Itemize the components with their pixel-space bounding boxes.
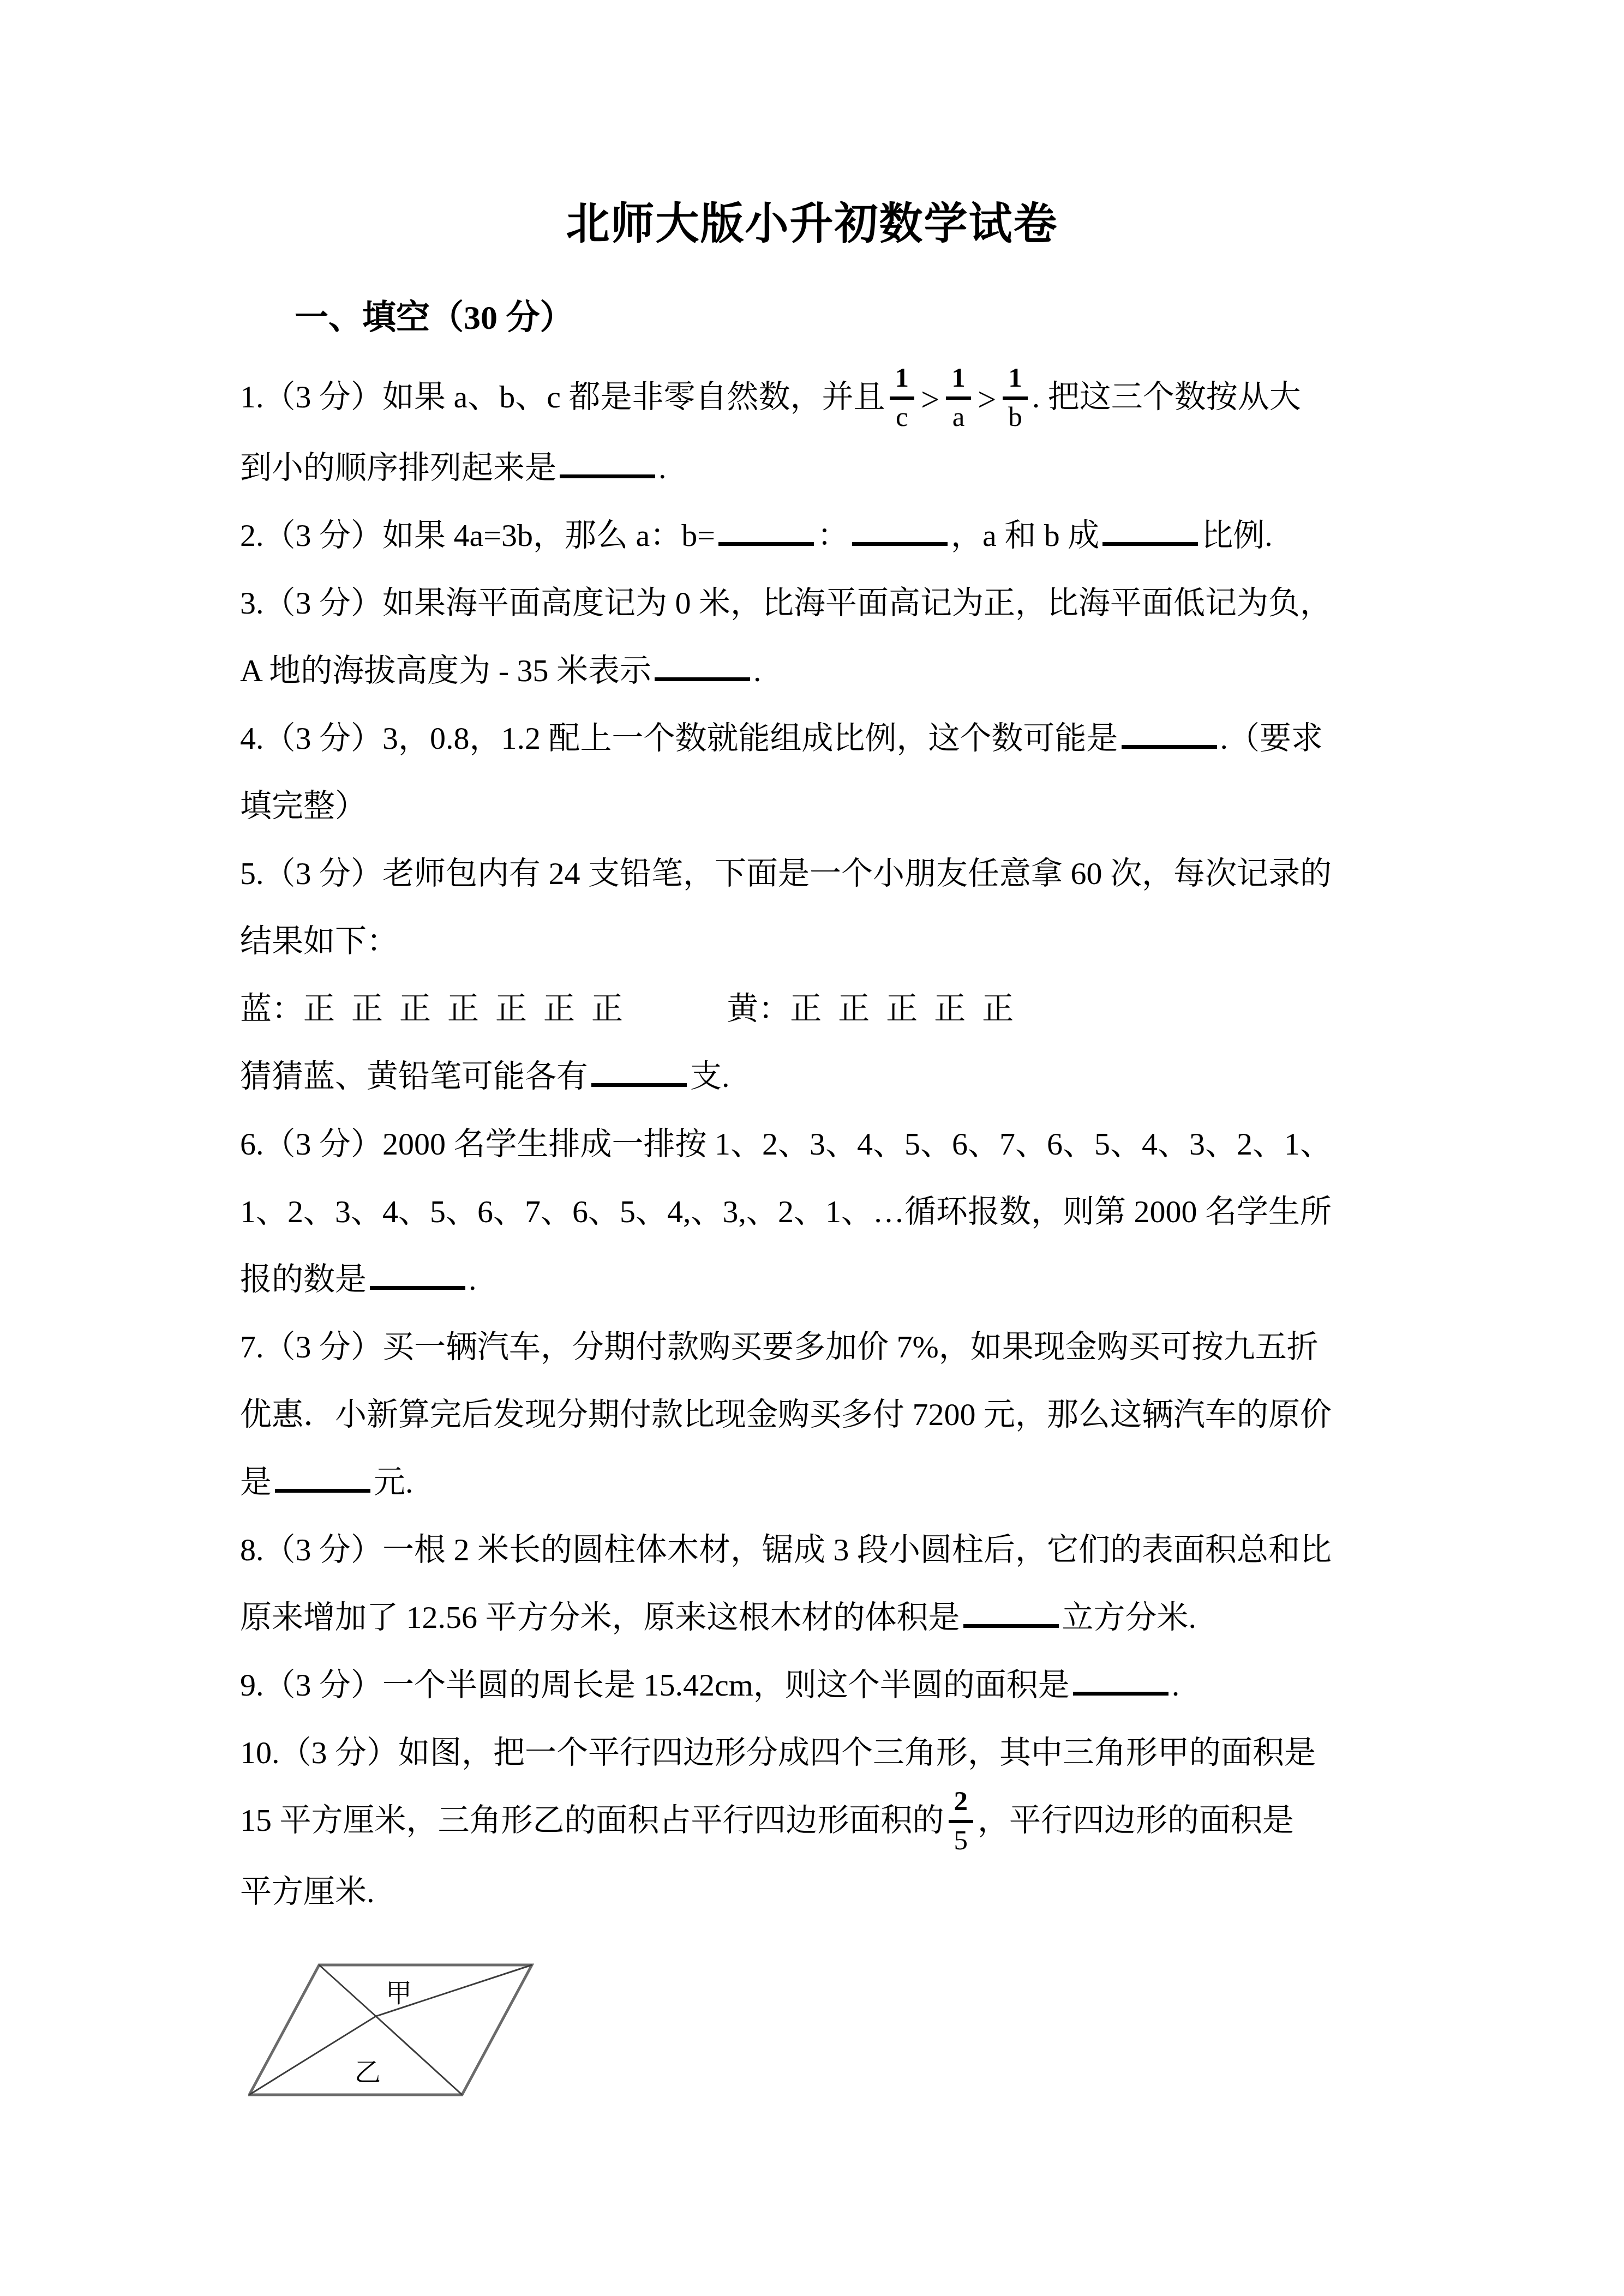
question-3-text: . xyxy=(753,653,762,688)
answer-blank xyxy=(370,1257,465,1290)
question-8-text: 原来增加了 12.56 平方分米，原来这根木材的体积是 xyxy=(240,1600,960,1635)
exam-page: 北师大版小升初数学试卷 一、填空（30 分） 1.（3 分）如果 a、b、c 都… xyxy=(0,0,1624,2296)
exam-title: 北师大版小升初数学试卷 xyxy=(0,0,1624,251)
question-9-line-1: 9.（3 分）一个半圆的周长是 15.42cm，则这个半圆的面积是. xyxy=(240,1651,1471,1719)
answer-blank xyxy=(1122,716,1217,749)
answer-blank xyxy=(1102,513,1198,546)
question-5-text: 5.（3 分）老师包内有 24 支铅笔，下面是一个小朋友任意拿 60 次，每次记… xyxy=(240,856,1332,891)
question-6-line-2: 1、2、3、4、5、6、7、6、5、4,、3,、2、1、…循环报数，则第 200… xyxy=(240,1178,1471,1246)
question-2-line-1: 2.（3 分）如果 4a=3b，那么 a：b=：，a 和 b 成比例. xyxy=(240,502,1471,569)
answer-blank xyxy=(718,513,814,546)
question-1-line-1: 1.（3 分）如果 a、b、c 都是非零自然数，并且1c>1a>1b. 把这三个… xyxy=(240,363,1471,434)
question-2: 2.（3 分）如果 4a=3b，那么 a：b=：，a 和 b 成比例. xyxy=(240,502,1471,569)
question-8-line-2: 原来增加了 12.56 平方分米，原来这根木材的体积是立方分米. xyxy=(240,1584,1471,1651)
answer-blank xyxy=(591,1054,687,1087)
label-jia: 甲 xyxy=(386,1979,412,2008)
question-10-line-1: 10.（3 分）如图，把一个平行四边形分成四个三角形，其中三角形甲的面积是 xyxy=(240,1719,1471,1787)
question-5-text: 结果如下： xyxy=(240,923,398,959)
question-10-figure: 甲 乙 xyxy=(248,1958,1624,2107)
question-10-text: 平方厘米. xyxy=(240,1874,375,1909)
question-6-text: 报的数是 xyxy=(240,1261,367,1297)
question-6-line-3: 报的数是. xyxy=(240,1246,1471,1313)
question-6-text: 6.（3 分）2000 名学生排成一排按 1、2、3、4、5、6、7、6、5、4… xyxy=(240,1126,1332,1162)
question-5-line-4: 猜猜蓝、黄铅笔可能各有支. xyxy=(240,1043,1471,1110)
question-6-text: . xyxy=(469,1261,477,1297)
question-2-text: 2.（3 分）如果 4a=3b，那么 a：b= xyxy=(240,518,715,553)
question-2-text: 比例. xyxy=(1201,518,1273,553)
fraction-1-over-c: 1c xyxy=(890,364,915,432)
question-10-line-3: 平方厘米. xyxy=(240,1858,1471,1926)
question-7-line-3: 是元. xyxy=(240,1448,1471,1516)
question-5-text: 支. xyxy=(690,1059,730,1094)
question-3: 3.（3 分）如果海平面高度记为 0 米，比海平面高记为正，比海平面低记为负， … xyxy=(240,569,1471,705)
question-4-text: .（要求 xyxy=(1220,720,1323,756)
question-10: 10.（3 分）如图，把一个平行四边形分成四个三角形，其中三角形甲的面积是 15… xyxy=(240,1719,1471,1925)
answer-blank xyxy=(655,648,750,681)
greater-than-sign: > xyxy=(921,382,939,418)
tally-mark: 正 xyxy=(982,991,1014,1026)
question-5: 5.（3 分）老师包内有 24 支铅笔，下面是一个小朋友任意拿 60 次，每次记… xyxy=(240,840,1471,1110)
question-1-line-2: 到小的顺序排列起来是. xyxy=(240,434,1471,502)
answer-blank xyxy=(275,1460,370,1493)
question-5-text: 猜猜蓝、黄铅笔可能各有 xyxy=(240,1059,588,1094)
question-3-line-2: A 地的海拔高度为 - 35 米表示. xyxy=(240,637,1471,705)
question-4-line-1: 4.（3 分）3，0.8，1.2 配上一个数就能组成比例，这个数可能是.（要求 xyxy=(240,705,1471,772)
tally-mark: 正 xyxy=(495,991,527,1026)
question-1-text: 到小的顺序排列起来是 xyxy=(240,450,556,485)
question-4-line-2: 填完整） xyxy=(240,772,1471,840)
tally-mark: 正 xyxy=(351,991,383,1026)
question-5-line-1: 5.（3 分）老师包内有 24 支铅笔，下面是一个小朋友任意拿 60 次，每次记… xyxy=(240,840,1471,907)
question-5-tally-line: 蓝：正正正正正正正黄：正正正正正 xyxy=(240,975,1471,1043)
question-1-text: . 把这三个数按从大 xyxy=(1032,379,1301,414)
question-2-text: ： xyxy=(817,518,849,553)
question-10-text: 10.（3 分）如图，把一个平行四边形分成四个三角形，其中三角形甲的面积是 xyxy=(240,1735,1316,1770)
question-9-text: . xyxy=(1172,1667,1180,1703)
question-10-text: ，平行四边形的面积是 xyxy=(978,1802,1294,1838)
question-7-line-1: 7.（3 分）买一辆汽车，分期付款购买要多加价 7%，如果现金购买可按九五折 xyxy=(240,1313,1471,1381)
question-1-text: . xyxy=(658,450,667,485)
tally-mark: 正 xyxy=(790,991,822,1026)
question-6-line-1: 6.（3 分）2000 名学生排成一排按 1、2、3、4、5、6、7、6、5、4… xyxy=(240,1110,1471,1178)
fraction-2-over-5: 25 xyxy=(949,1787,974,1855)
question-6: 6.（3 分）2000 名学生排成一排按 1、2、3、4、5、6、7、6、5、4… xyxy=(240,1110,1471,1313)
label-yi: 乙 xyxy=(355,2058,381,2087)
section-header-fill-in-blanks: 一、填空（30 分） xyxy=(295,283,1471,353)
parallelogram-figure: 甲 乙 xyxy=(248,1958,554,2105)
question-7-text: 7.（3 分）买一辆汽车，分期付款购买要多加价 7%，如果现金购买可按九五折 xyxy=(240,1329,1319,1365)
question-9-text: 9.（3 分）一个半圆的周长是 15.42cm，则这个半圆的面积是 xyxy=(240,1667,1070,1703)
yellow-tally-label: 黄： xyxy=(727,991,790,1026)
question-7-text: 优惠．小新算完后发现分期付款比现金购买多付 7200 元，那么这辆汽车的原价 xyxy=(240,1397,1332,1432)
tally-mark: 正 xyxy=(886,991,918,1026)
question-8-line-1: 8.（3 分）一根 2 米长的圆柱体木材，锯成 3 段小圆柱后，它们的表面积总和… xyxy=(240,1516,1471,1584)
tally-mark: 正 xyxy=(303,991,335,1026)
question-7-text: 元. xyxy=(374,1464,414,1500)
question-6-text: 1、2、3、4、5、6、7、6、5、4,、3,、2、1、…循环报数，则第 200… xyxy=(240,1194,1332,1229)
question-5-line-2: 结果如下： xyxy=(240,907,1471,975)
tally-mark: 正 xyxy=(399,991,431,1026)
greater-than-sign: > xyxy=(978,382,996,418)
question-7-line-2: 优惠．小新算完后发现分期付款比现金购买多付 7200 元，那么这辆汽车的原价 xyxy=(240,1381,1471,1448)
question-7-text: 是 xyxy=(240,1464,272,1500)
question-8-text: 8.（3 分）一根 2 米长的圆柱体木材，锯成 3 段小圆柱后，它们的表面积总和… xyxy=(240,1532,1332,1567)
question-10-text: 15 平方厘米，三角形乙的面积占平行四边形面积的 xyxy=(240,1802,944,1838)
answer-blank xyxy=(560,446,655,478)
question-9: 9.（3 分）一个半圆的周长是 15.42cm，则这个半圆的面积是. xyxy=(240,1651,1471,1719)
question-3-line-1: 3.（3 分）如果海平面高度记为 0 米，比海平面高记为正，比海平面低记为负， xyxy=(240,569,1471,637)
question-3-text: A 地的海拔高度为 - 35 米表示 xyxy=(240,653,651,688)
question-1: 1.（3 分）如果 a、b、c 都是非零自然数，并且1c>1a>1b. 把这三个… xyxy=(240,363,1471,502)
tally-mark: 正 xyxy=(591,991,623,1026)
fraction-1-over-a: 1a xyxy=(946,364,971,432)
tally-mark: 正 xyxy=(838,991,870,1026)
tally-mark: 正 xyxy=(934,991,966,1026)
question-10-line-2: 15 平方厘米，三角形乙的面积占平行四边形面积的25，平行四边形的面积是 xyxy=(240,1787,1471,1858)
question-2-text: ，a 和 b 成 xyxy=(951,518,1099,553)
fraction-1-over-b: 1b xyxy=(1003,364,1028,432)
tally-mark: 正 xyxy=(447,991,479,1026)
question-4: 4.（3 分）3，0.8，1.2 配上一个数就能组成比例，这个数可能是.（要求 … xyxy=(240,705,1471,840)
question-3-text: 3.（3 分）如果海平面高度记为 0 米，比海平面高记为正，比海平面低记为负， xyxy=(240,585,1332,621)
answer-blank xyxy=(963,1595,1059,1628)
exam-content: 一、填空（30 分） 1.（3 分）如果 a、b、c 都是非零自然数，并且1c>… xyxy=(240,283,1471,1926)
answer-blank xyxy=(1073,1663,1168,1696)
answer-blank xyxy=(852,513,948,546)
question-4-text: 4.（3 分）3，0.8，1.2 配上一个数就能组成比例，这个数可能是 xyxy=(240,720,1118,756)
tally-mark: 正 xyxy=(543,991,575,1026)
blue-tally-label: 蓝： xyxy=(240,991,303,1026)
question-7: 7.（3 分）买一辆汽车，分期付款购买要多加价 7%，如果现金购买可按九五折 优… xyxy=(240,1313,1471,1516)
question-4-text: 填完整） xyxy=(240,788,367,824)
question-8-text: 立方分米. xyxy=(1062,1600,1197,1635)
question-8: 8.（3 分）一根 2 米长的圆柱体木材，锯成 3 段小圆柱后，它们的表面积总和… xyxy=(240,1516,1471,1651)
question-1-text: 1.（3 分）如果 a、b、c 都是非零自然数，并且 xyxy=(240,379,885,414)
